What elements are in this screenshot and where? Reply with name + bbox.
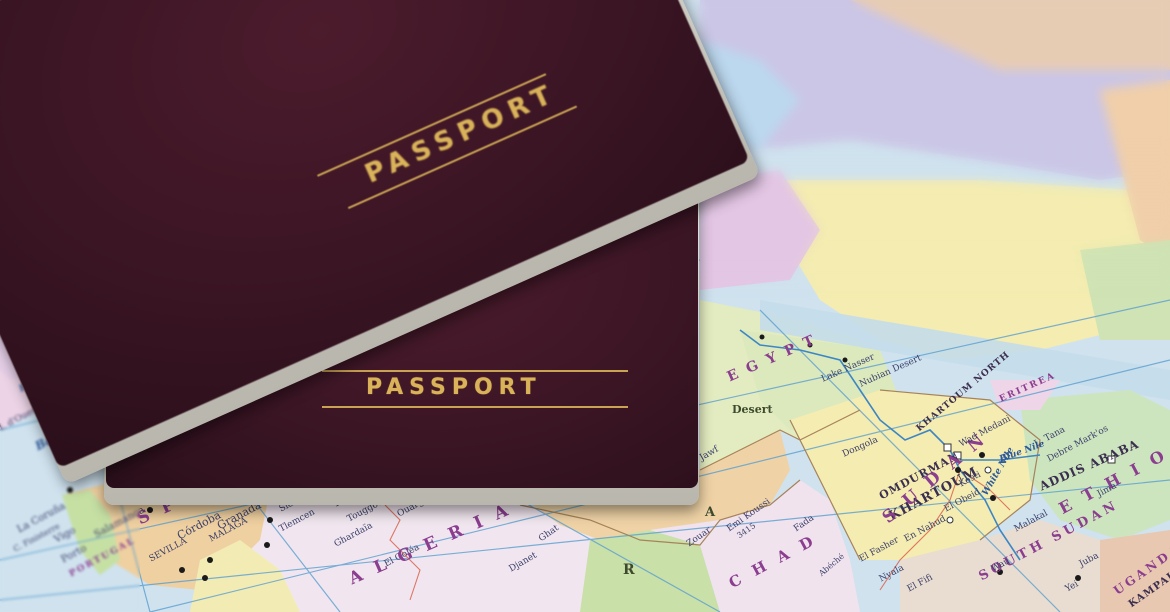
- gold-rule-bottom: [322, 406, 628, 408]
- passport-title: PASSPORT: [366, 375, 542, 400]
- map-label-niger-r: R: [623, 562, 635, 578]
- photo-scene: North Sea Bay of Biscay Brest Rennes Nan…: [0, 0, 1170, 612]
- gold-rule-top: [322, 370, 628, 372]
- map-label-desert: Desert: [732, 403, 773, 416]
- map-label-libya-a: A: [705, 505, 715, 520]
